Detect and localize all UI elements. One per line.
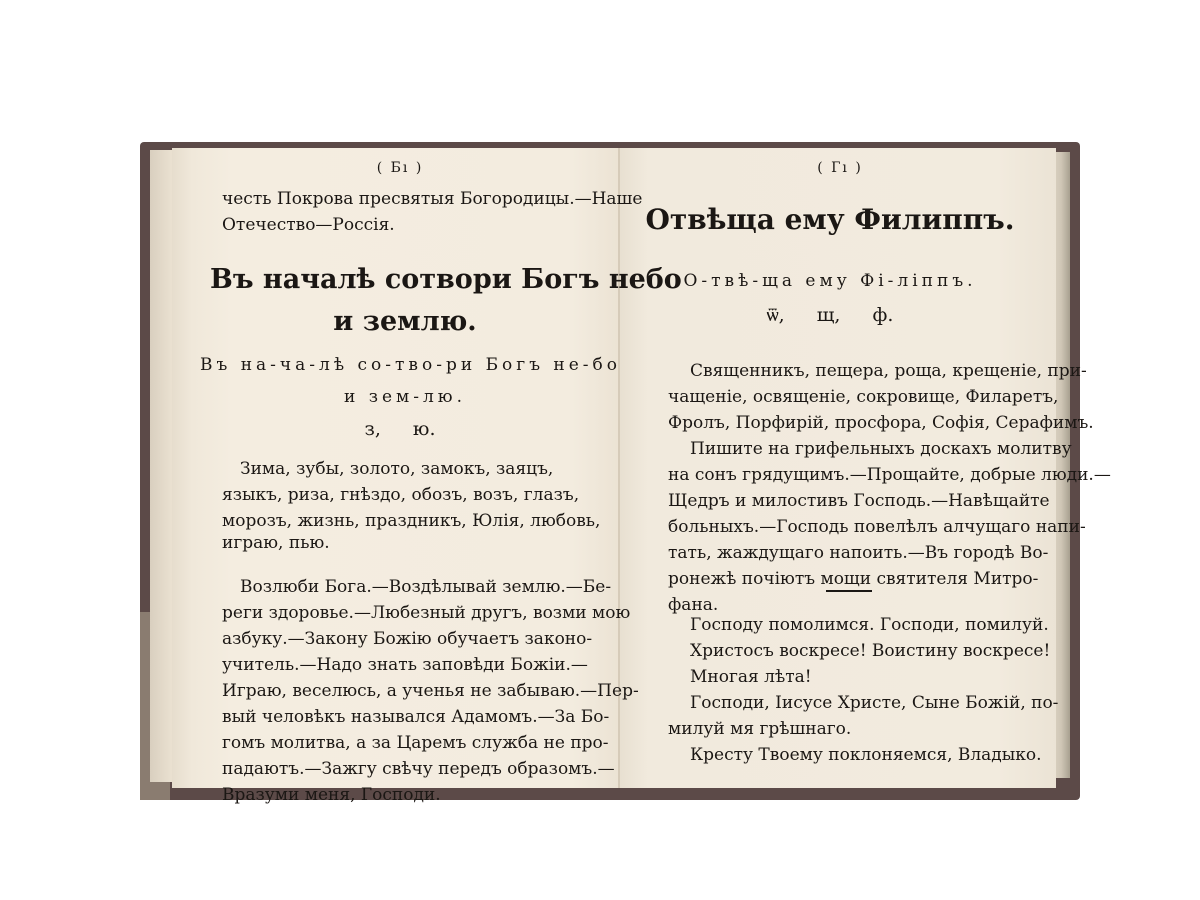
left-word-line-1: Зима, зубы, золото, замокъ, заяцъ, (240, 456, 553, 482)
right-word-line-3: Фролъ, Порфирій, просфора, Софія, Серафи… (668, 410, 1094, 436)
left-word-line-2: языкъ, риза, гнѣздо, обозъ, возъ, глазъ, (222, 482, 579, 508)
right-prayer-line-6: Кресту Твоему поклоняемся, Владыко. (690, 742, 1042, 768)
left-intro-line-2: Отечество—Россія. (222, 212, 395, 238)
left-heading-line-1: Въ началѣ сотвори Богъ небо (210, 258, 600, 302)
right-prayer-line-5: милуй мя грѣшнаго. (668, 716, 851, 742)
left-sentence-line-9: Вразуми меня, Господи. (222, 782, 441, 808)
right-prayer-line-1: Господу помолимся. Господи, помилуй. (690, 612, 1049, 638)
left-sentence-line-3: азбуку.—Закону Божію обучаетъ законо- (222, 626, 592, 652)
left-letters: з, ю. (300, 418, 500, 440)
right-sentence-line-1: Пишите на грифельныхъ доскахъ молитву (690, 436, 1072, 462)
right-syllabized: О-твѣ-ща ему Фі-ліппъ. (630, 262, 1030, 300)
right-heading: Отвѣща ему Филиппъ. (640, 198, 1020, 242)
left-sentence-line-2: реги здоровье.—Любезный другъ, возми мою (222, 600, 630, 626)
left-syllabized-line-2: и зем-лю. (200, 378, 610, 416)
left-heading-line-2: и землю. (210, 300, 600, 344)
right-page-number: ( Гı ) (800, 160, 880, 176)
right-letters: ѿ, щ, ф. (730, 304, 930, 327)
right-sentence-line-2: на сонъ грядущимъ.—Прощайте, добрые люди… (668, 462, 1111, 488)
right-prayer-line-4: Господи, Іисусе Христе, Сыне Божій, по- (690, 690, 1058, 716)
right-sentence-line-5: тать, жаждущаго напоить.—Въ городѣ Во- (668, 540, 1048, 566)
left-sentence-line-5: Играю, веселюсь, а ученья не забываю.—Пе… (222, 678, 639, 704)
left-sentence-line-7: гомъ молитва, а за Царемъ служба не про- (222, 730, 609, 756)
right-prayer-line-2: Христосъ воскресе! Воистину воскресе! (690, 638, 1050, 664)
right-sentence-line-4: больныхъ.—Господь повелѣлъ алчущаго напи… (668, 514, 1086, 540)
left-sentence-line-4: учитель.—Надо знать заповѣди Божіи.— (222, 652, 588, 678)
right-word-line-2: чащеніе, освященіе, сокровище, Филаретъ, (668, 384, 1058, 410)
right-sentence-line-6: ронежѣ почіютъ мощи святителя Митро- (668, 566, 1038, 592)
right-word-line-1: Священникъ, пещера, роща, крещеніе, при- (690, 358, 1087, 384)
left-intro-line-1: честь Покрова пресвятыя Богородицы.—Наше (222, 186, 642, 212)
section-divider (826, 590, 872, 592)
left-sentence-line-1: Возлюби Бога.—Воздѣлывай землю.—Бе- (240, 574, 611, 600)
left-word-line-4: играю, пью. (222, 530, 330, 556)
left-page-number: ( Бı ) (360, 160, 440, 176)
left-sentence-line-6: вый человѣкъ назывался Адамомъ.—За Бо- (222, 704, 609, 730)
right-sentence-line-3: Щедръ и милостивъ Господь.—Навѣщайте (668, 488, 1050, 514)
right-prayer-line-3: Многая лѣта! (690, 664, 812, 690)
left-sentence-line-8: падаютъ.—Зажгу свѣчу передъ образомъ.— (222, 756, 615, 782)
